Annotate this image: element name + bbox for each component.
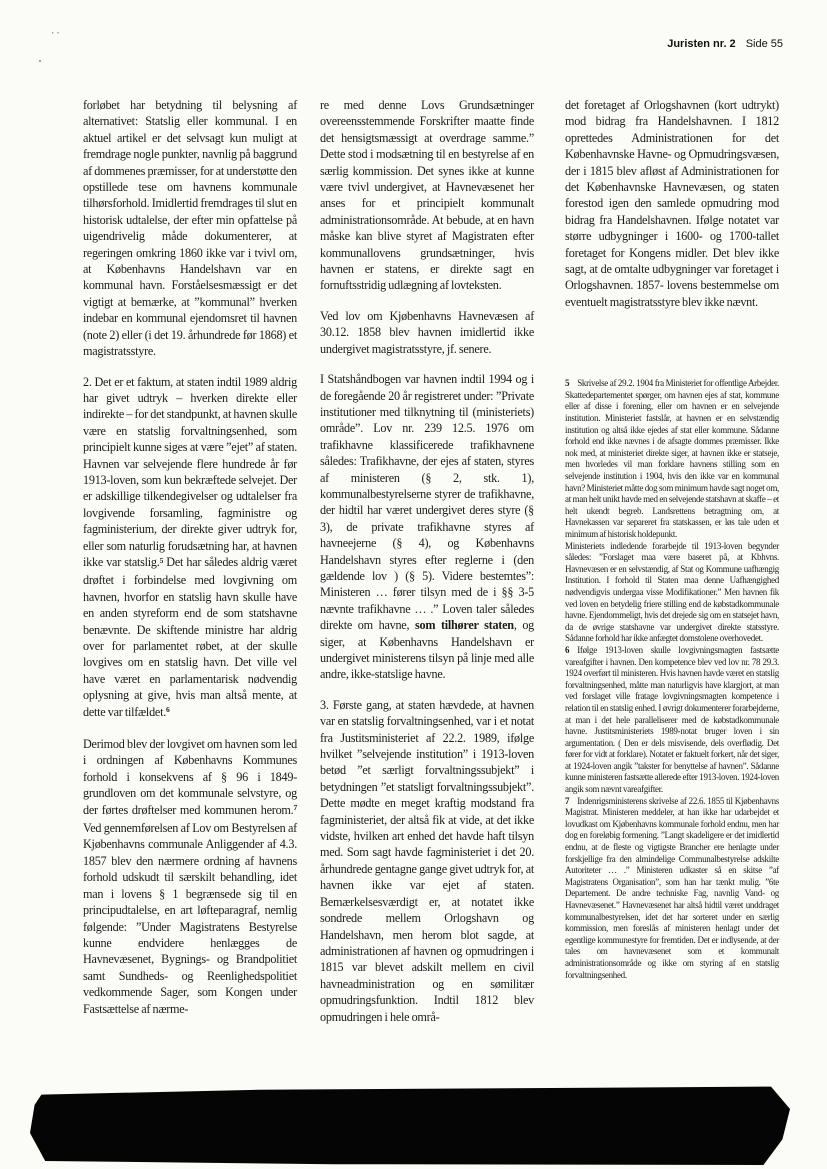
- body-paragraph: Derimod blev der lovgivet om havnen som …: [83, 736, 297, 1017]
- footnote: 6Ifølge 1913-loven skulle lovgivningsmag…: [565, 645, 779, 796]
- footnote-text: Indenrigsministerens skrivelse af 22.6. …: [565, 796, 779, 980]
- footnote-text: Ifølge 1913-loven skulle lovgivningsmagt…: [565, 645, 779, 794]
- text-column-2: re med denne Lovs Grundsætninger overeen…: [320, 97, 534, 1039]
- body-paragraph: 3. Første gang, at staten hævdede, at ha…: [320, 697, 534, 1025]
- footnote-number: 5: [565, 378, 577, 388]
- footnote: 7Indenrigsministerens skrivelse af 22.6.…: [565, 796, 779, 982]
- body-paragraph: forløbet har betydning til belysning af …: [83, 97, 297, 360]
- journal-title: Juristen nr. 2: [667, 38, 735, 50]
- body-paragraph: I Statshåndbogen var havnen indtil 1994 …: [320, 371, 534, 683]
- text-column-1: forløbet har betydning til belysning af …: [83, 97, 297, 1031]
- footnote-number: 6: [565, 645, 577, 655]
- body-paragraph: 2. Det er et faktum, at staten indtil 19…: [83, 374, 297, 723]
- footnote-text: Skrivelse af 29.2. 1904 fra Ministeriet …: [565, 378, 779, 539]
- text-column-3: det foretaget af Orlogshavnen (kort udtr…: [565, 97, 779, 981]
- scan-speck: [39, 60, 41, 62]
- footnote-number: 7: [565, 796, 577, 806]
- footnote: 5Skrivelse af 29.2. 1904 fra Ministeriet…: [565, 378, 779, 645]
- body-paragraph: Ved lov om Kjøbenhavns Havnevæsen af 30.…: [320, 308, 534, 357]
- footnotes-section: 5Skrivelse af 29.2. 1904 fra Ministeriet…: [565, 378, 779, 981]
- footnote-text: Ministeriets indledende forarbejde til 1…: [565, 541, 779, 644]
- body-paragraph: re med denne Lovs Grundsætninger overeen…: [320, 97, 534, 294]
- page-number: Side 55: [746, 38, 783, 50]
- journal-header: Juristen nr. 2Side 55: [667, 38, 783, 50]
- scan-speck: ··: [50, 33, 58, 35]
- body-paragraph: det foretaget af Orlogshavnen (kort udtr…: [565, 97, 779, 310]
- scan-artifact-bottom: [30, 1085, 790, 1165]
